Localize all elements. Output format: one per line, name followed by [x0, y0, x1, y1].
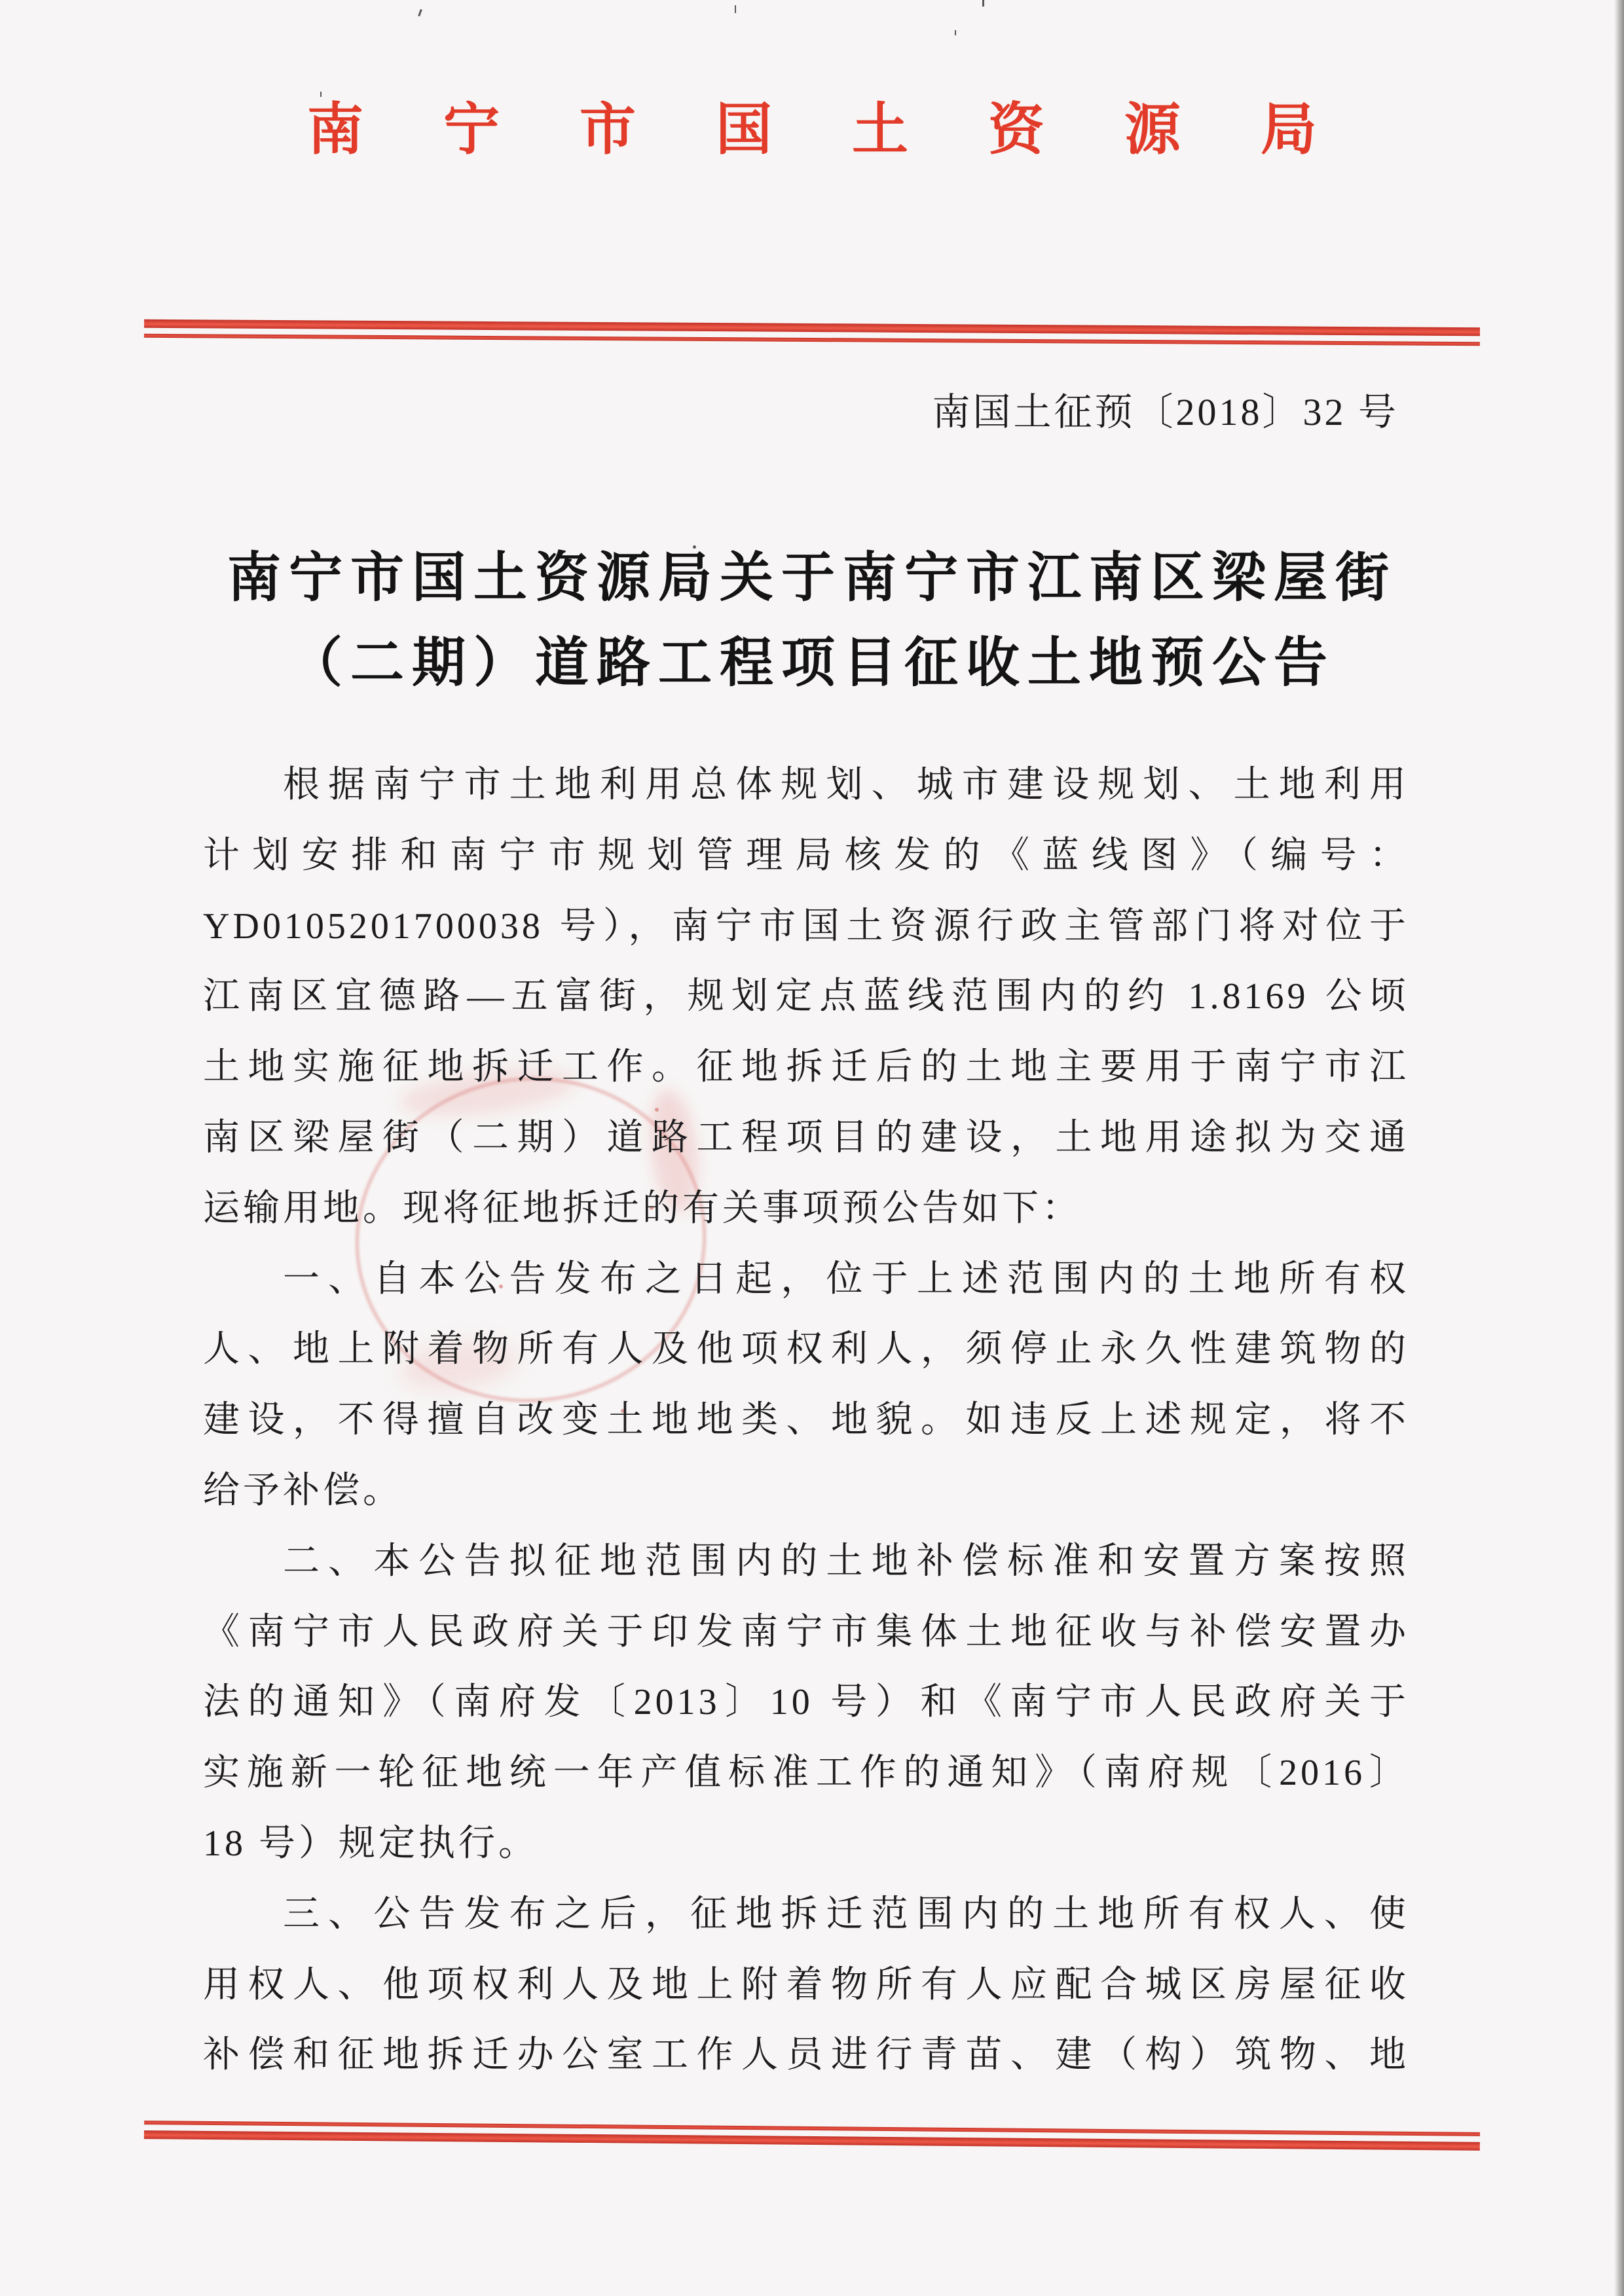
body-line: 18 号）规定执行。	[203, 1809, 1409, 1880]
document-body: 根据南宁市土地利用总体规划、城市建设规划、土地利用 计划安排和南宁市规划管理局核…	[203, 750, 1409, 2091]
body-line: 土地实施征地拆迁工作。征地拆迁后的土地主要用于南宁市江	[203, 1032, 1409, 1103]
body-line: 用权人、他项权利人及地上附着物所有人应配合城区房屋征收	[203, 1950, 1409, 2021]
body-line: 《南宁市人民政府关于印发南宁市集体土地征收与补偿安置办	[203, 1597, 1409, 1668]
scanned-official-document-page: 南宁市国土资源局 南国土征预〔2018〕32 号 南宁市国土资源局关于南宁市江南…	[0, 0, 1624, 2296]
scan-speck	[735, 5, 736, 13]
body-line: 给予补偿。	[203, 1456, 1409, 1527]
scan-speck	[320, 92, 322, 97]
body-line: 一、自本公告发布之日起，位于上述范围内的土地所有权	[203, 1245, 1409, 1315]
footer-divider	[144, 2121, 1480, 2151]
scan-speck	[955, 30, 956, 35]
body-line: 三、公告发布之后，征地拆迁范围内的土地所有权人、使	[203, 1880, 1409, 1950]
title-line-2: （二期）道路工程项目征收土地预公告	[0, 621, 1624, 706]
document-title: 南宁市国土资源局关于南宁市江南区梁屋街 （二期）道路工程项目征收土地预公告	[0, 536, 1624, 706]
body-line: 建设，不得擅自改变土地地类、地貌。如违反上述规定，将不	[203, 1385, 1409, 1456]
body-line: 二、本公告拟征地范围内的土地补偿标准和安置方案按照	[203, 1527, 1409, 1597]
document-number: 南国土征预〔2018〕32 号	[932, 381, 1624, 436]
body-line: 人、地上附着物所有人及他项权利人，须停止永久性建筑物的	[203, 1315, 1409, 1385]
scan-edge-artifact	[1614, 0, 1624, 2296]
body-line: 运输用地。现将征地拆迁的有关事项预公告如下：	[203, 1174, 1409, 1245]
agency-name-header: 南宁市国土资源局	[0, 84, 1624, 165]
scan-speck	[418, 9, 422, 16]
body-line: 南区梁屋街（二期）道路工程项目的建设，土地用途拟为交通	[203, 1103, 1409, 1174]
header-divider-thin-bar	[144, 334, 1480, 346]
body-line: YD0105201700038 号），南宁市国土资源行政主管部门将对位于	[203, 892, 1409, 962]
scan-speck	[982, 0, 984, 7]
body-line: 计划安排和南宁市规划管理局核发的《蓝线图》（编号：	[203, 821, 1409, 892]
header-divider-thick-bar	[144, 319, 1480, 336]
body-line: 根据南宁市土地利用总体规划、城市建设规划、土地利用	[203, 750, 1409, 821]
header-divider	[144, 319, 1480, 346]
body-line: 江南区宜德路—五富街，规划定点蓝线范围内的约 1.8169 公顷	[203, 962, 1409, 1032]
body-line: 补偿和征地拆迁办公室工作人员进行青苗、建（构）筑物、地	[203, 2020, 1409, 2091]
body-line: 法的通知》（南府发〔2013〕10 号）和《南宁市人民政府关于	[203, 1667, 1409, 1738]
title-line-1: 南宁市国土资源局关于南宁市江南区梁屋街	[0, 536, 1624, 621]
body-line: 实施新一轮征地统一年产值标准工作的通知》（南府规〔2016〕	[203, 1738, 1409, 1809]
scan-speck	[693, 545, 696, 549]
